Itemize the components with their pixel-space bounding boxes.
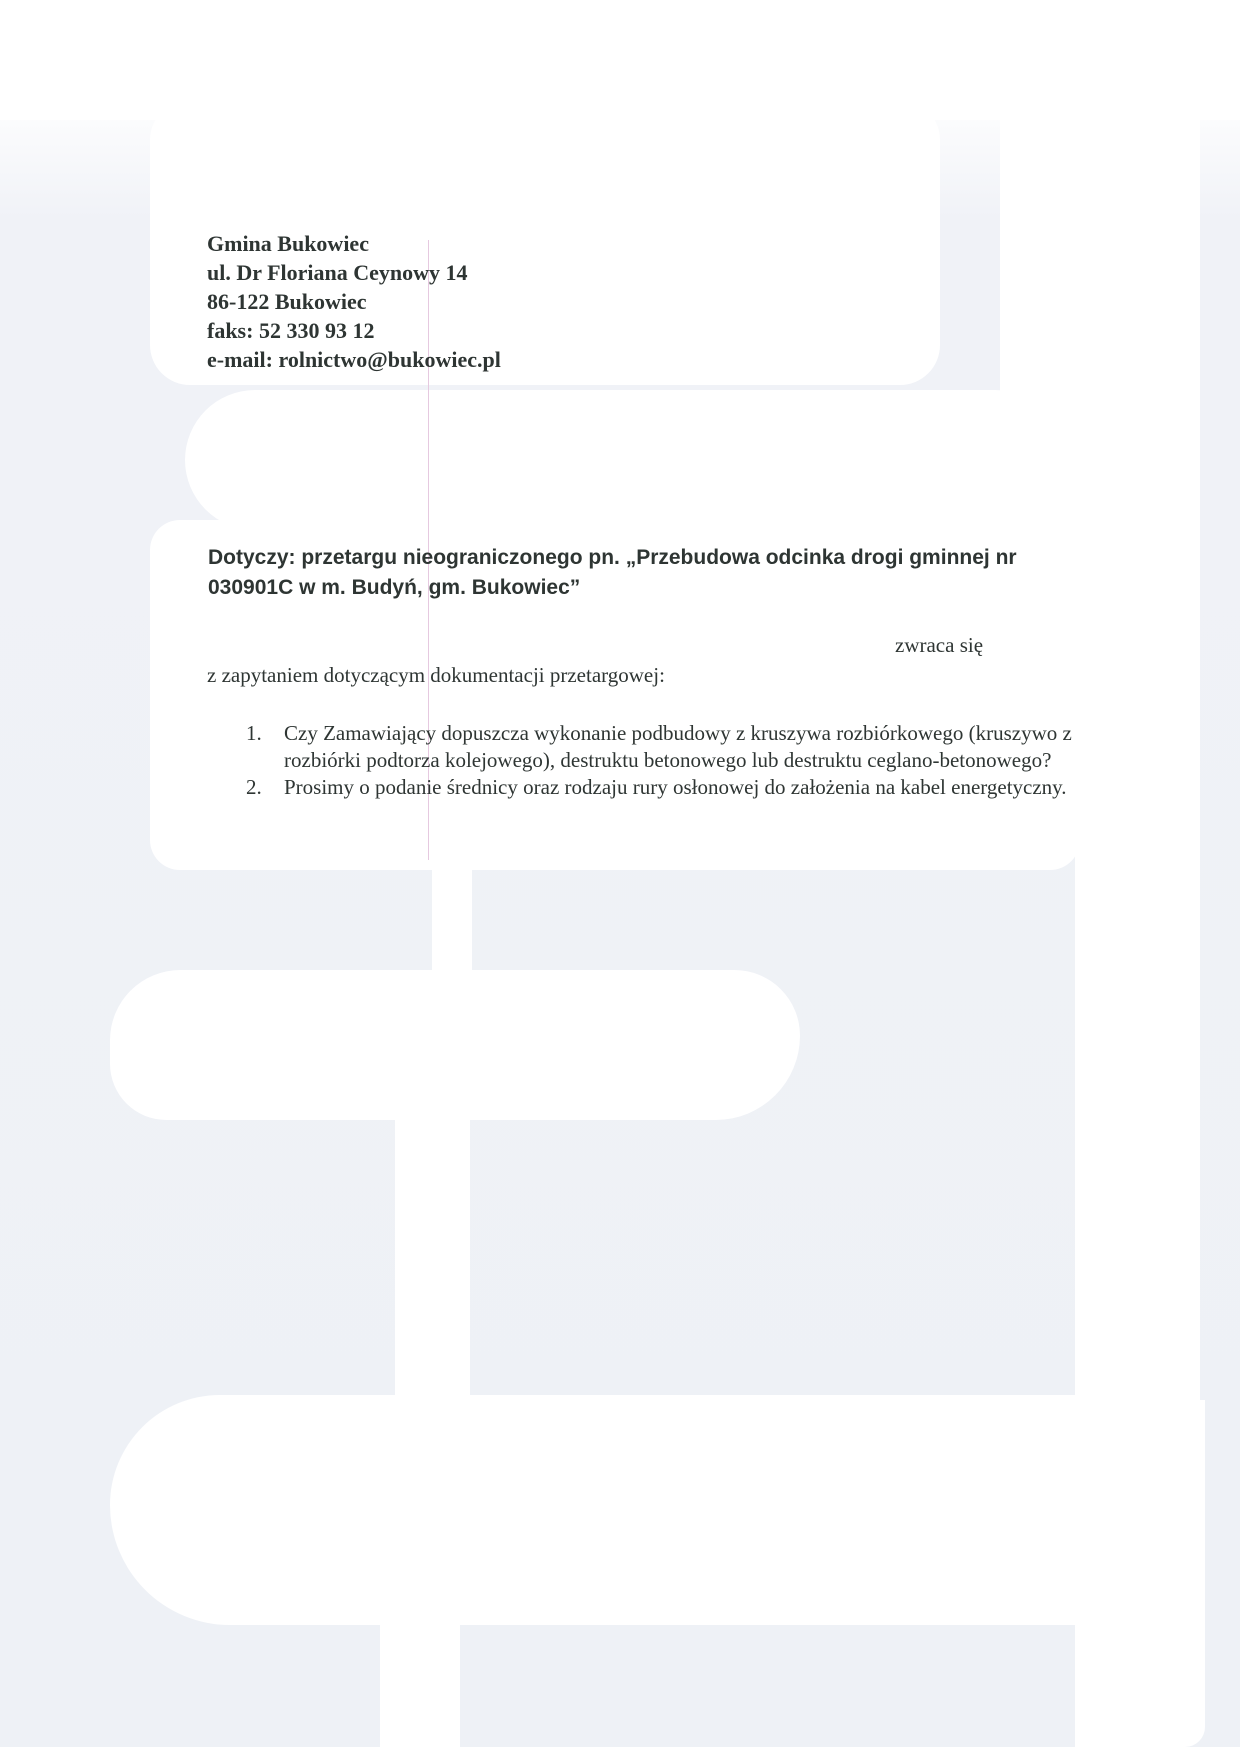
- subject-line: Dotyczy: przetargu nieograniczonego pn. …: [208, 543, 1088, 603]
- question-text: Prosimy o podanie średnicy oraz rodzaju …: [284, 775, 1067, 799]
- question-number: 2.: [246, 774, 262, 801]
- question-text: Czy Zamawiający dopuszcza wykonanie podb…: [284, 721, 1072, 772]
- address-line-fax: faks: 52 330 93 12: [207, 316, 501, 345]
- question-number: 1.: [246, 720, 262, 747]
- intro-line: z zapytaniem dotyczącym dokumentacji prz…: [207, 663, 665, 688]
- redaction-bottom-leg: [380, 1480, 460, 1747]
- question-item: 1. Czy Zamawiający dopuszcza wykonanie p…: [240, 720, 1100, 774]
- address-line-postal: 86-122 Bukowiec: [207, 287, 501, 316]
- redaction-sender-name: [200, 622, 860, 666]
- address-line-name: Gmina Bukowiec: [207, 229, 501, 258]
- redaction-addressee: [185, 390, 1065, 530]
- redaction-bottom-notch: [760, 1580, 1090, 1620]
- recipient-address-block: Gmina Bukowiec ul. Dr Floriana Ceynowy 1…: [207, 229, 501, 374]
- intro-fragment: zwraca się: [895, 633, 983, 658]
- redaction-middle-stem-lower: [395, 1100, 470, 1420]
- question-item: 2. Prosimy o podanie średnicy oraz rodza…: [240, 774, 1100, 801]
- redaction-bottom-right: [1080, 1400, 1205, 1747]
- questions-list: 1. Czy Zamawiający dopuszcza wykonanie p…: [240, 720, 1100, 801]
- redaction-middle: [110, 970, 800, 1120]
- address-line-email: e-mail: rolnictwo@bukowiec.pl: [207, 345, 501, 374]
- address-line-street: ul. Dr Floriana Ceynowy 14: [207, 258, 501, 287]
